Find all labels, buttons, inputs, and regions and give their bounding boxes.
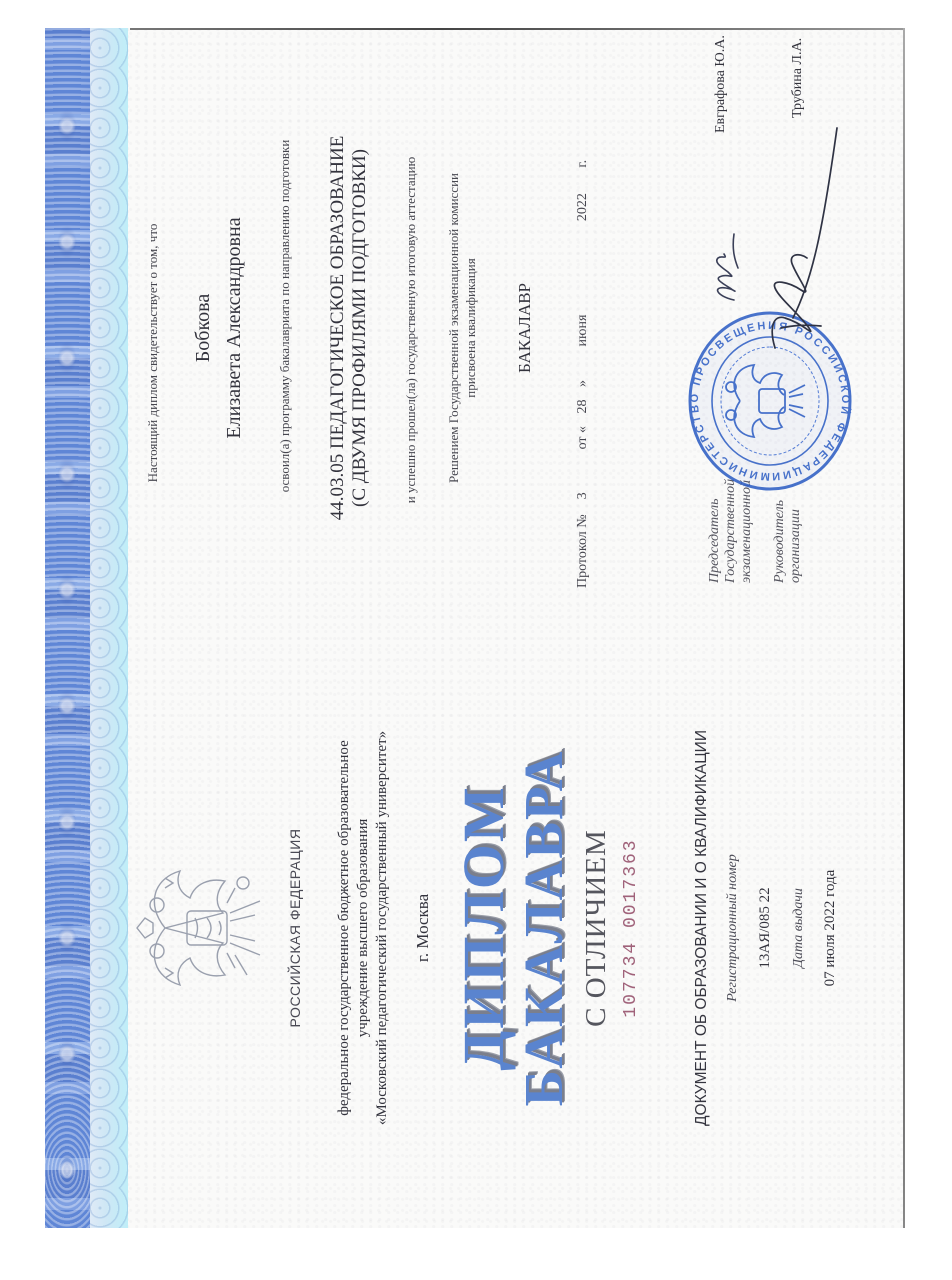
- commission-decision: Решением Государственной экзаменационной…: [445, 173, 479, 483]
- protocol-year: 2022: [575, 193, 591, 221]
- protocol-label: Протокол №: [575, 514, 591, 588]
- paper-edge: [130, 28, 905, 30]
- diploma-title-degree: БАКАЛАВРА: [515, 750, 573, 1107]
- decision-line: Решением Государственной экзаменационной…: [445, 173, 462, 483]
- chair-line: Председатель: [707, 479, 723, 583]
- registration-number: 13АЯ/085 22: [757, 887, 774, 968]
- protocol-line: Протокол № 3 от « 28 » июня 2022 г.: [575, 160, 591, 588]
- organization-head-title: Руководитель организации: [772, 500, 804, 583]
- protocol-year-suffix: г.: [575, 160, 591, 168]
- head-line: организации: [788, 500, 804, 583]
- country-label: РОССИЙСКАЯ ФЕДЕРАЦИЯ: [287, 829, 303, 1028]
- protocol-month: июня: [575, 315, 591, 347]
- head-name: Трубина Л.А.: [790, 38, 806, 118]
- document-type: ДОКУМЕНТ ОБ ОБРАЗОВАНИИ И О КВАЛИФИКАЦИИ: [693, 730, 711, 1126]
- program-intro-text: освоил(а) программу бакалавриата по напр…: [277, 140, 293, 493]
- program-name: 44.03.05 ПЕДАГОГИЧЕСКОЕ ОБРАЗОВАНИЕ (С Д…: [327, 136, 371, 521]
- graduate-given-names: Елизавета Александровна: [223, 217, 246, 438]
- signature-head: [735, 118, 845, 358]
- city: г. Москва: [413, 894, 433, 962]
- protocol-quote: »: [575, 380, 591, 387]
- protocol-number: 3: [575, 481, 591, 511]
- decision-line: присвоена квалификация: [462, 173, 479, 483]
- qualification: БАКАЛАВР: [515, 283, 535, 373]
- serial-number: 107734 0017363: [621, 838, 641, 1017]
- protocol-from: от «: [575, 426, 591, 449]
- intro-text: Настоящий диплом свидетельствует о том, …: [145, 224, 161, 483]
- diploma-title: ДИПЛОМ: [455, 785, 513, 1070]
- organization-line: учреждение высшего образования: [354, 731, 373, 1125]
- organization-line: «Московский педагогический государственн…: [373, 731, 392, 1125]
- program-line: 44.03.05 ПЕДАГОГИЧЕСКОЕ ОБРАЗОВАНИЕ: [327, 136, 349, 521]
- protocol-day: 28: [575, 390, 591, 422]
- organization-name: федеральное государственное бюджетное об…: [335, 731, 392, 1125]
- attestation-text: и успешно прошел(ла) государственную ито…: [403, 157, 419, 504]
- chair-line: Государственной: [723, 479, 739, 583]
- honors-label: С ОТЛИЧИЕМ: [580, 829, 613, 1027]
- guilloche-border: [45, 28, 90, 1228]
- organization-line: федеральное государственное бюджетное об…: [335, 731, 354, 1125]
- chair-name: Евграфова Ю.А.: [713, 35, 729, 133]
- commission-chair-title: Председатель Государственной экзаменацио…: [707, 479, 755, 583]
- coat-of-arms-icon: [135, 863, 275, 993]
- graduate-surname: Бобкова: [192, 294, 215, 362]
- guilloche-border-light: [90, 28, 128, 1228]
- program-line: (С ДВУМЯ ПРОФИЛЯМИ ПОДГОТОВКИ): [349, 136, 371, 521]
- head-line: Руководитель: [772, 500, 788, 583]
- diploma-document: РОССИЙСКАЯ ФЕДЕРАЦИЯ федеральное государ…: [45, 28, 905, 1228]
- issue-date-label: Дата выдачи: [791, 888, 807, 968]
- chair-line: экзаменационной: [739, 479, 755, 583]
- paper-edge-bottom: [903, 28, 905, 1228]
- issue-date: 07 июля 2022 года: [822, 870, 839, 987]
- registration-label: Регистрационный номер: [725, 854, 741, 1001]
